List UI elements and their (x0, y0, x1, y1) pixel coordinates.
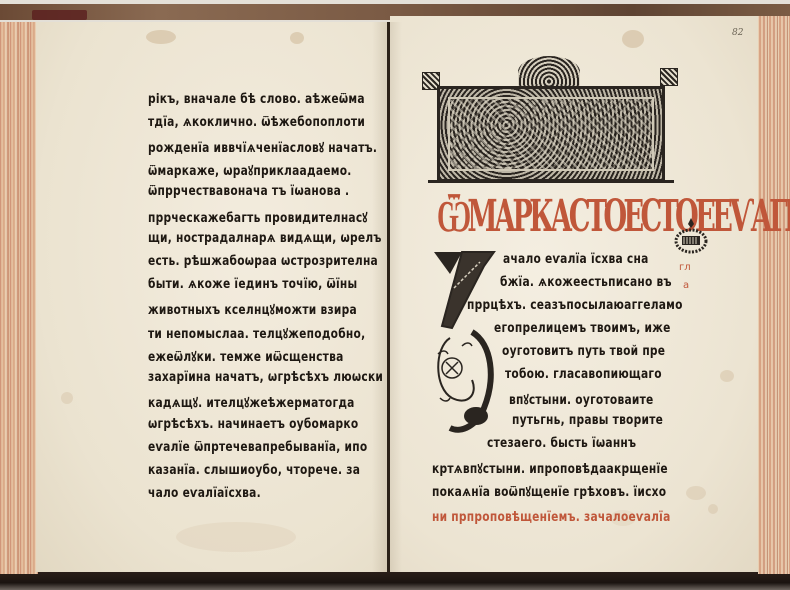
text-line: животныхъ кселнцꙋможти взира (148, 300, 357, 318)
paper-stain (708, 504, 718, 514)
cover-stain (32, 10, 87, 20)
text-line: захарїина начатъ, ѡгрѣсѣхъ люѡски (148, 370, 383, 385)
crown-ornament-icon (673, 216, 709, 256)
text-line: ежеѿлꙋки. темже иѿсщенства (148, 347, 344, 365)
text-line: кртѧвпꙋстыни. ипроповѣдаакрщенїе (432, 459, 668, 477)
text-line: бжїа. ѧкожеестьписано въ (500, 275, 672, 290)
headpiece-rule (428, 180, 674, 183)
headpiece-crest-ornament (518, 56, 580, 88)
text-line: щи, нострадалнарѧ видѧщи, ѡрелъ (148, 231, 382, 246)
text-line: еѵалїе ѿпртечевапребыванїа, ипо (148, 440, 367, 455)
text-line: ти непомыслаа. телцꙋжеподобно, (148, 324, 365, 342)
folio-number: 82 (732, 28, 743, 38)
book-gutter (387, 22, 390, 572)
book-cover-bottom (0, 572, 790, 590)
rubric-line: ни прпроповѣщенїемъ. зачалоеѵалїа (432, 510, 671, 525)
text-line: покаѧнїа воѿпꙋщенїе грѣховъ. їисхо (432, 482, 666, 500)
paper-stain (290, 32, 304, 44)
page-edges-right (758, 16, 790, 574)
text-line: рожденїа иввчїѧченїасловꙋ начатъ. (148, 138, 377, 156)
text-line: чало еѵалїаїсхва. (148, 486, 261, 501)
text-line: егопрелицемъ твоимъ, иже (494, 321, 671, 336)
text-line: ѿмаркаже, ѡраꙋприклаадаемо. (148, 161, 352, 179)
margin-note: гл (679, 262, 691, 273)
corner-ornament-right (660, 68, 678, 86)
paper-stain (720, 370, 734, 382)
text-line: впꙋстыни. оуготоваите (509, 390, 653, 408)
margin-note: а (683, 280, 689, 291)
text-line: казанїа. слышиоубо, чторече. за (148, 463, 360, 478)
paper-stain (61, 392, 73, 404)
paper-stain (176, 522, 296, 552)
text-line: рікъ, вначале бѣ слово. аѣжеѿма (148, 92, 365, 107)
headpiece-ornament (437, 86, 665, 182)
page-edges-left (0, 22, 38, 574)
headpiece-foliage (448, 97, 654, 171)
text-line: пррцѣхъ. сеазъпосылаюаггеламо (467, 298, 683, 313)
text-line: путьгнь, правы творите (512, 413, 663, 428)
text-line: пррческажебагть провидителнасꙋ (148, 208, 368, 226)
text-line: кадѧщꙋ. ителцꙋжеѣжерматогда (148, 393, 355, 411)
rubric-title: ѾМАРКАСТОЕСТОЕЕѴАГЕЛЇЕ (437, 188, 578, 246)
text-line: ѿпррчествавонача тъ їѡанова . (148, 184, 349, 199)
text-line: ѡгрѣсѣхъ. начинаетъ оубомарко (148, 417, 358, 432)
paper-stain (622, 30, 644, 48)
text-line: тдїа, ѧкоклично. ѿѣжебопоплоти (148, 115, 365, 130)
paper-stain (686, 486, 706, 500)
text-line: ачало еѵалїа їсхва сна (503, 252, 649, 267)
decorated-initial-letter (432, 248, 504, 438)
text-line: быти. ѧкоже їединъ точїю, ѿїны (148, 277, 357, 292)
text-line: тобою. гласавопиющаго (505, 367, 662, 382)
paper-stain (146, 30, 176, 44)
text-line: есть. рѣшжабоѡраа ѡстрозрителна (148, 254, 378, 269)
text-line: стезаего. бысть їѡаннъ (487, 436, 636, 451)
text-line: оуготовитъ путь твой пре (502, 344, 665, 359)
